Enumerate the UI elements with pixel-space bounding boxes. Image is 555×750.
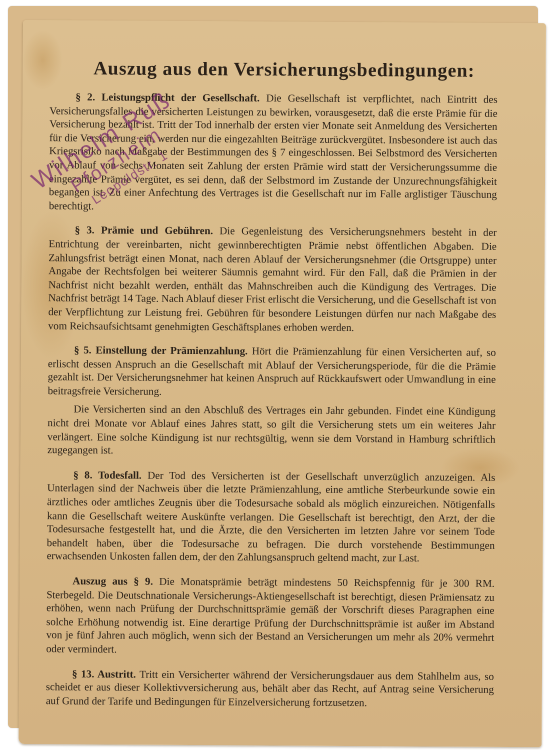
section-heading: Leistungspflicht der Gesellschaft.: [101, 92, 259, 104]
section-text: Die Gesellschaft ist verpflichtet, nach …: [49, 93, 498, 212]
document-page: Auszug aus den Versicherungsbedingungen:…: [19, 20, 546, 747]
section-5: § 5. Einstellung der Prämienzahlung. Hör…: [48, 344, 496, 401]
section-heading: Prämie und Gebühren.: [101, 226, 213, 238]
section-number: § 5.: [74, 345, 91, 356]
section-5-continuation: Die Versicherten sind an den Abschluß de…: [47, 404, 495, 461]
section-heading: Auszug aus § 9.: [73, 576, 154, 587]
section-heading: Todesfall.: [98, 470, 142, 481]
section-number: § 2.: [75, 92, 95, 103]
section-number: § 3.: [75, 226, 95, 237]
section-8: § 8. Todesfall. Der Tod des Versicherten…: [47, 469, 496, 567]
section-text: Die Monatsprämie beträgt mindestens 50 R…: [46, 577, 494, 656]
section-2: § 2. Leistungspflicht der Gesellschaft. …: [49, 91, 498, 216]
document-title: Auszug aus den Versicherungsbedingungen:: [23, 58, 546, 83]
section-heading: Einstellung der Prämienzahlung.: [96, 346, 248, 358]
section-number: § 8.: [73, 470, 92, 481]
section-13: § 13. Austritt. Tritt ein Versicherter w…: [46, 668, 494, 712]
section-number: § 13.: [72, 669, 94, 680]
document-body: § 2. Leistungspflicht der Gesellschaft. …: [46, 91, 498, 722]
section-9: Auszug aus § 9. Die Monatsprämie beträgt…: [46, 575, 494, 659]
section-heading: Austritt.: [97, 669, 136, 680]
section-text: Die Gegenleistung des Versicherungsnehme…: [48, 227, 497, 334]
section-3: § 3. Prämie und Gebühren. Die Gegenleist…: [48, 225, 497, 336]
section-text: Der Tod des Versicherten ist der Gesells…: [47, 471, 496, 565]
